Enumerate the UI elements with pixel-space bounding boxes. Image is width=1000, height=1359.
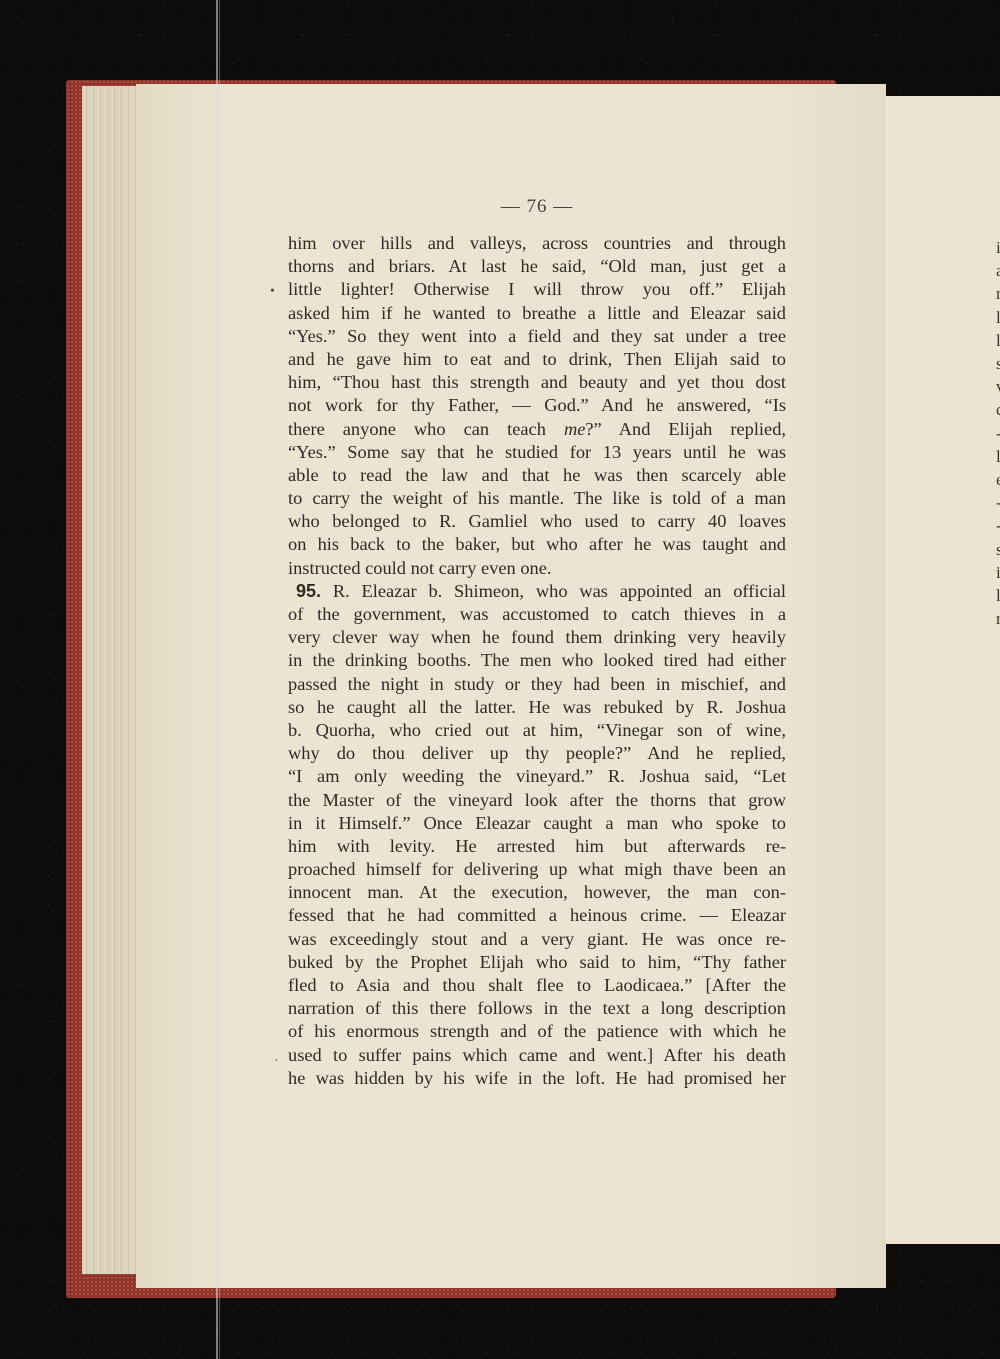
right-page-text-fragments: i a r l l s v c - l e - - s i l r bbox=[996, 236, 1000, 630]
text-line: very clever way when he found them drink… bbox=[288, 626, 786, 649]
text-line: him over hills and valleys, across count… bbox=[288, 232, 786, 255]
text-line: he was hidden by his wife in the loft. H… bbox=[288, 1067, 786, 1090]
text-line: proached himself for delivering up what … bbox=[288, 858, 786, 881]
page-number: — 76 — bbox=[288, 196, 786, 218]
text-line: thorns and briars. At last he said, “Old… bbox=[288, 255, 786, 278]
text-line: not work for thy Father, — God.” And he … bbox=[288, 394, 786, 417]
text-line: him, “Thou hast this strength and beauty… bbox=[288, 371, 786, 394]
text-line: to carry the weight of his mantle. The l… bbox=[288, 487, 786, 510]
paragraph-95-first-line: 95. R. Eleazar b. Shimeon, who was appoi… bbox=[288, 580, 786, 603]
text-line: fled to Asia and thou shalt flee to Laod… bbox=[288, 974, 786, 997]
text-line: “I am only weeding the vineyard.” R. Jos… bbox=[288, 765, 786, 788]
paragraph-number: 95. bbox=[296, 581, 321, 601]
scanner-line bbox=[219, 0, 220, 1359]
text-line: buked by the Prophet Elijah who said to … bbox=[288, 951, 786, 974]
text-line: who belonged to R. Gamliel who used to c… bbox=[288, 510, 786, 533]
text-line: used to suffer pains which came and went… bbox=[288, 1044, 786, 1067]
text-line: little lighter! Otherwise I will throw y… bbox=[288, 278, 786, 301]
page-stack-edges bbox=[82, 86, 139, 1274]
margin-dot-mark: • bbox=[270, 284, 275, 300]
text-line: able to read the law and that he was the… bbox=[288, 464, 786, 487]
text-line: the Master of the vineyard look after th… bbox=[288, 789, 786, 812]
text-line: narration of this there follows in the t… bbox=[288, 997, 786, 1020]
text-line: b. Quorha, who cried out at him, “Vinega… bbox=[288, 719, 786, 742]
text-fragment: R. Eleazar b. Shimeon, who was appointed… bbox=[321, 581, 786, 601]
text-line: was exceedingly stout and a very giant. … bbox=[288, 928, 786, 951]
right-page bbox=[884, 96, 1000, 1244]
scanner-line bbox=[216, 0, 218, 1359]
margin-dot-mark: · bbox=[274, 1054, 279, 1070]
body-text: him over hills and valleys, across count… bbox=[288, 232, 786, 1090]
text-line: in it Himself.” Once Eleazar caught a ma… bbox=[288, 812, 786, 835]
text-line: there anyone who can teach me?” And Elij… bbox=[288, 418, 786, 441]
text-line: him with levity. He arrested him but aft… bbox=[288, 835, 786, 858]
text-line: “Yes.” Some say that he studied for 13 y… bbox=[288, 441, 786, 464]
text-line: passed the night in study or they had be… bbox=[288, 673, 786, 696]
text-line: fessed that he had committed a heinous c… bbox=[288, 904, 786, 927]
text-line: so he caught all the latter. He was rebu… bbox=[288, 696, 786, 719]
text-line: “Yes.” So they went into a field and the… bbox=[288, 325, 786, 348]
text-line: asked him if he wanted to breathe a litt… bbox=[288, 302, 786, 325]
text-line: innocent man. At the execution, however,… bbox=[288, 881, 786, 904]
text-line: in the drinking booths. The men who look… bbox=[288, 649, 786, 672]
text-line: of his enormous strength and of the pati… bbox=[288, 1020, 786, 1043]
text-fragment: ?” And Elijah replied, bbox=[585, 419, 786, 439]
text-line: of the government, was accustomed to cat… bbox=[288, 603, 786, 626]
text-line: instructed could not carry even one. bbox=[288, 557, 786, 580]
text-line: why do thou deliver up thy people?” And … bbox=[288, 742, 786, 765]
text-line: and he gave him to eat and to drink, The… bbox=[288, 348, 786, 371]
text-line: on his back to the baker, but who after … bbox=[288, 533, 786, 556]
text-fragment: there anyone who can teach bbox=[288, 419, 564, 439]
italic-word: me bbox=[564, 419, 585, 439]
